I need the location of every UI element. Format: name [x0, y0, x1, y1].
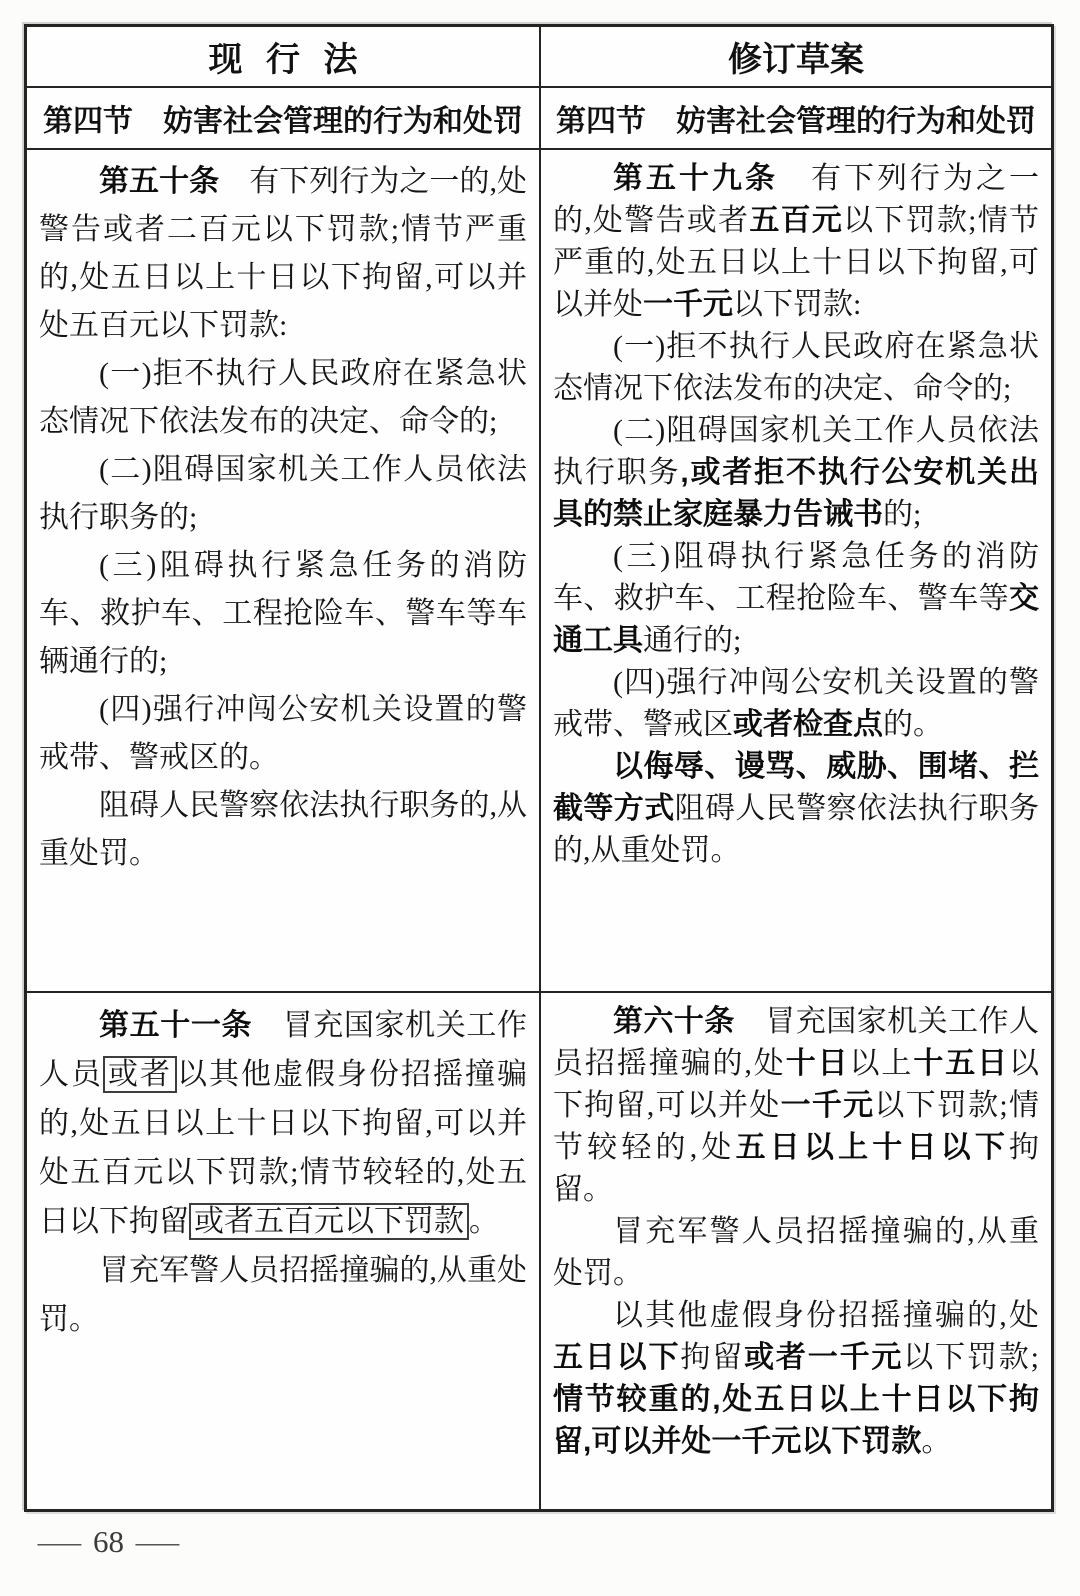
cell-article-51: 第五十一条 冒充国家机关工作人员或者以其他虚假身份招摇撞骗的,处五日以上十日以下… — [27, 993, 539, 1509]
added-text-run: 十日 — [786, 1047, 850, 1080]
text-run: 的; — [883, 498, 921, 531]
text-run: 以下罚款: — [733, 288, 861, 321]
paragraph: (二)阻碍国家机关工作人员依法执行职务的; — [39, 446, 527, 542]
paragraph: (二)阻碍国家机关工作人员依法执行职务,或者拒不执行公安机关出具的禁止家庭暴力告… — [553, 410, 1039, 536]
article-number-run: 第五十一条 — [99, 1009, 252, 1042]
text-run: 以下罚款; — [903, 1341, 1039, 1374]
header-revision-draft: 修订草案 — [539, 27, 1051, 86]
paragraph: 以侮辱、谩骂、威胁、围堵、拦截等方式阻碍人民警察依法执行职务的,从重处罚。 — [553, 746, 1039, 872]
page-footer: — 68 — — [44, 1524, 173, 1560]
added-text-run: 一千元 — [781, 1089, 875, 1122]
footer-dash-right: — — [136, 1524, 179, 1560]
paragraph: 第五十九条 有下列行为之一的,处警告或者五百元以下罚款;情节严重的,处五日以上十… — [553, 158, 1039, 326]
added-text-run: 五日以上十日以下 — [736, 1131, 1009, 1164]
comparison-table: 现 行 法 修订草案 第四节 妨害社会管理的行为和处罚 第四节 妨害社会管理的行… — [24, 24, 1054, 1512]
added-text-run: 情节较重的,处五日以上十日以下拘留,可以并处一千元以下罚款 — [553, 1383, 1039, 1458]
added-text-run: 十五日 — [913, 1047, 1009, 1080]
text-run: 拘留 — [680, 1341, 744, 1374]
paragraph: (三)阻碍执行紧急任务的消防车、救护车、工程抢险车、警车等车辆通行的; — [39, 542, 527, 686]
paragraph: 冒充军警人员招摇撞骗的,从重处罚。 — [39, 1246, 527, 1344]
text-run: 通行的; — [643, 624, 741, 657]
paragraph: (一)拒不执行人民政府在紧急状态情况下依法发布的决定、命令的; — [39, 350, 527, 446]
cell-article-59: 第五十九条 有下列行为之一的,处警告或者五百元以下罚款;情节严重的,处五日以上十… — [539, 150, 1051, 991]
added-text-run: 五日以下 — [553, 1341, 680, 1374]
cell-article-60: 第六十条 冒充国家机关工作人员招摇撞骗的,处十日以上十五日以下拘留,可以并处一千… — [539, 993, 1051, 1509]
text-run: (三)阻碍执行紧急任务的消防车、救护车、工程抢险车、警车等车辆通行的; — [39, 549, 527, 678]
text-run: 阻碍人民警察依法执行职务的,从重处罚。 — [39, 789, 527, 870]
text-run: 。 — [921, 1425, 951, 1458]
text-run: (一)拒不执行人民政府在紧急状态情况下依法发布的决定、命令的; — [39, 357, 527, 438]
paragraph: (四)强行冲闯公安机关设置的警戒带、警戒区或者检查点的。 — [553, 662, 1039, 746]
paragraph: 第五十条 有下列行为之一的,处警告或者二百元以下罚款;情节严重的,处五日以上十日… — [39, 158, 527, 350]
article-row-50-vs-59: 第五十条 有下列行为之一的,处警告或者二百元以下罚款;情节严重的,处五日以上十日… — [27, 150, 1051, 993]
article-number-run: 第五十条 — [99, 165, 219, 198]
article-row-51-vs-60: 第五十一条 冒充国家机关工作人员或者以其他虚假身份招摇撞骗的,处五日以上十日以下… — [27, 993, 1051, 1509]
text-run: 以上 — [850, 1047, 914, 1080]
text-run: 。 — [469, 1205, 499, 1238]
added-text-run: 或者检查点 — [733, 708, 883, 741]
section-title-row: 第四节 妨害社会管理的行为和处罚 第四节 妨害社会管理的行为和处罚 — [27, 88, 1051, 150]
paragraph: 阻碍人民警察依法执行职务的,从重处罚。 — [39, 782, 527, 878]
deleted-text-run: 或者 — [103, 1056, 177, 1093]
cell-article-50: 第五十条 有下列行为之一的,处警告或者二百元以下罚款;情节严重的,处五日以上十日… — [27, 150, 539, 991]
document-page: { "table": { "columns": [ { "id": "curre… — [0, 0, 1080, 1596]
deleted-text-run: 或者五百元以下罚款 — [189, 1203, 469, 1240]
added-text-run: 五百元 — [749, 204, 843, 237]
paragraph: 冒充军警人员招摇撞骗的,从重处罚。 — [553, 1211, 1039, 1295]
paragraph: 以其他虚假身份招摇撞骗的,处五日以下拘留或者一千元以下罚款;情节较重的,处五日以… — [553, 1295, 1039, 1463]
section-title-revision-draft: 第四节 妨害社会管理的行为和处罚 — [539, 88, 1051, 148]
text-run: 冒充军警人员招摇撞骗的,从重处罚。 — [39, 1254, 527, 1336]
added-text-run: 一千元 — [643, 288, 733, 321]
text-run: (一)拒不执行人民政府在紧急状态情况下依法发布的决定、命令的; — [553, 330, 1039, 405]
table-header-row: 现 行 法 修订草案 — [27, 27, 1051, 88]
footer-dash-left: — — [38, 1524, 81, 1560]
paragraph: (四)强行冲闯公安机关设置的警戒带、警戒区的。 — [39, 686, 527, 782]
text-run: (二)阻碍国家机关工作人员依法执行职务的; — [39, 453, 527, 534]
text-run: 的。 — [883, 708, 943, 741]
text-run: (三)阻碍执行紧急任务的消防车、救护车、工程抢险车、警车等 — [553, 540, 1039, 615]
text-run: 冒充军警人员招摇撞骗的,从重处罚。 — [553, 1215, 1039, 1290]
section-title-current-law: 第四节 妨害社会管理的行为和处罚 — [27, 88, 539, 148]
paragraph: (三)阻碍执行紧急任务的消防车、救护车、工程抢险车、警车等交通工具通行的; — [553, 536, 1039, 662]
article-number-run: 第六十条 — [613, 1005, 735, 1038]
added-text-run: 或者一千元 — [744, 1341, 903, 1374]
paragraph: 第六十条 冒充国家机关工作人员招摇撞骗的,处十日以上十五日以下拘留,可以并处一千… — [553, 1001, 1039, 1211]
paragraph: (一)拒不执行人民政府在紧急状态情况下依法发布的决定、命令的; — [553, 326, 1039, 410]
text-run: (四)强行冲闯公安机关设置的警戒带、警戒区的。 — [39, 693, 527, 774]
paragraph: 第五十一条 冒充国家机关工作人员或者以其他虚假身份招摇撞骗的,处五日以上十日以下… — [39, 1001, 527, 1246]
header-current-law: 现 行 法 — [27, 27, 539, 86]
page-number: 68 — [93, 1524, 124, 1560]
article-number-run: 第五十九条 — [613, 162, 778, 195]
text-run: 以其他虚假身份招摇撞骗的,处 — [613, 1299, 1039, 1332]
